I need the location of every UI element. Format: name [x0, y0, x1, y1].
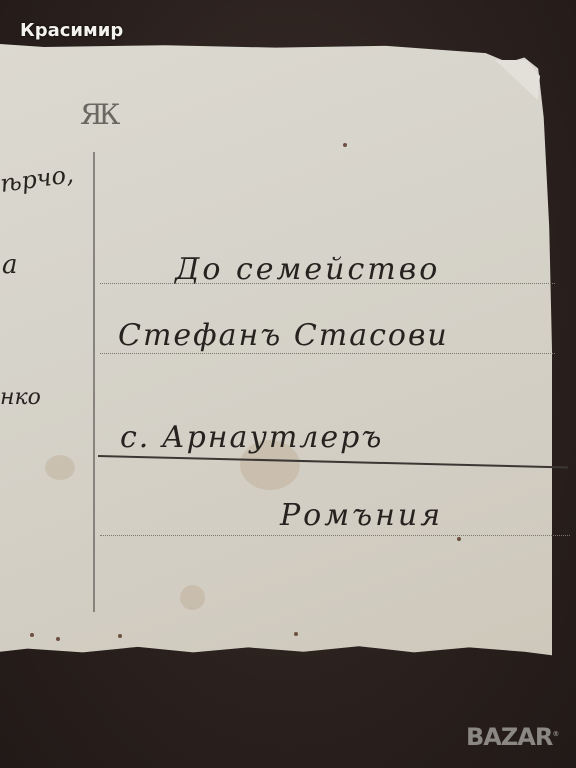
left-fragment-2: а	[2, 250, 18, 280]
address-line-4: Ромъния	[280, 498, 443, 533]
address-line	[100, 535, 570, 536]
stain	[45, 455, 75, 480]
registered-mark: ®	[552, 730, 558, 738]
bazar-watermark: BAZAR®	[466, 723, 558, 751]
left-fragment-3: нко	[0, 385, 41, 410]
speck	[56, 637, 60, 641]
speck	[457, 537, 461, 541]
address-line-2: Стефанъ Стасови	[118, 318, 449, 353]
stain	[180, 585, 205, 610]
speck	[294, 632, 298, 636]
seller-name-overlay: Красимир	[20, 20, 123, 41]
address-line-3: с. Арнаутлеръ	[120, 420, 383, 455]
bazar-logo-text: BAZAR	[466, 723, 552, 751]
publisher-logo: ЯК	[80, 98, 116, 131]
speck	[343, 143, 347, 147]
address-line	[100, 353, 555, 354]
message-address-divider	[93, 152, 95, 612]
speck	[118, 634, 122, 638]
address-line-1: До семейство	[175, 252, 440, 287]
speck	[30, 633, 34, 637]
